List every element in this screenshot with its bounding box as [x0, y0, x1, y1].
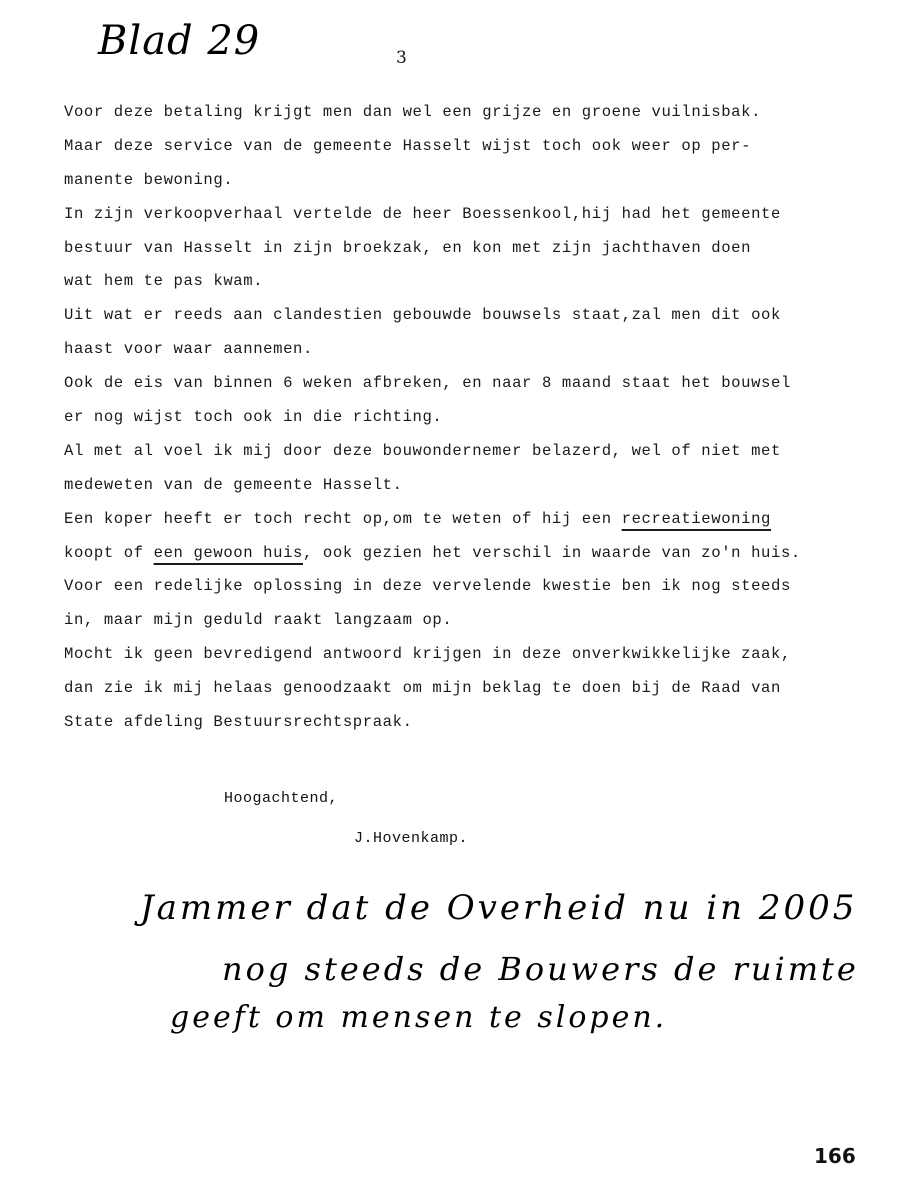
page-number: 3 [396, 48, 407, 68]
letter-line: Voor een redelijke oplossing in deze ver… [64, 570, 884, 604]
archive-number: 166 [814, 1144, 856, 1168]
letter-line: In zijn verkoopverhaal vertelde de heer … [64, 198, 884, 232]
letter-line: haast voor waar aannemen. [64, 333, 884, 367]
handwritten-sheet-label: Blad 29 [98, 18, 260, 64]
letter-line: Uit wat er reeds aan clandestien gebouwd… [64, 299, 884, 333]
handwritten-note-line: geeft om mensen te slopen. [170, 1000, 667, 1035]
letter-line: manente bewoning. [64, 164, 884, 198]
letter-line: Al met al voel ik mij door deze bouwonde… [64, 435, 884, 469]
letter-line-text: , ook gezien het verschil in waarde van … [303, 544, 801, 562]
handwritten-note-line: nog steeds de Bouwers de ruimte [222, 950, 859, 988]
letter-line: Mocht ik geen bevredigend antwoord krijg… [64, 638, 884, 672]
underlined-phrase: een gewoon huis [154, 544, 303, 562]
underlined-phrase: recreatiewoning [622, 510, 771, 528]
letter-line: Maar deze service van de gemeente Hassel… [64, 130, 884, 164]
letter-line: Voor deze betaling krijgt men dan wel ee… [64, 96, 884, 130]
letter-line: medeweten van de gemeente Hasselt. [64, 469, 884, 503]
letter-line: er nog wijst toch ook in die richting. [64, 401, 884, 435]
letter-line: bestuur van Hasselt in zijn broekzak, en… [64, 232, 884, 266]
letter-body: Voor deze betaling krijgt men dan wel ee… [64, 96, 884, 740]
letter-line-text: koopt of [64, 544, 154, 562]
letter-line: State afdeling Bestuursrechtspraak. [64, 706, 884, 740]
signature: J.Hovenkamp. [354, 830, 468, 847]
letter-line: dan zie ik mij helaas genoodzaakt om mij… [64, 672, 884, 706]
letter-line: Een koper heeft er toch recht op,om te w… [64, 503, 884, 537]
letter-line: wat hem te pas kwam. [64, 265, 884, 299]
letter-line: Ook de eis van binnen 6 weken afbreken, … [64, 367, 884, 401]
handwritten-note-line: Jammer dat de Overheid nu in 2005 [140, 888, 857, 928]
letter-line: in, maar mijn geduld raakt langzaam op. [64, 604, 884, 638]
closing-salutation: Hoogachtend, [224, 790, 338, 807]
letter-line: koopt of een gewoon huis, ook gezien het… [64, 537, 884, 571]
letter-line-text: Een koper heeft er toch recht op,om te w… [64, 510, 622, 528]
